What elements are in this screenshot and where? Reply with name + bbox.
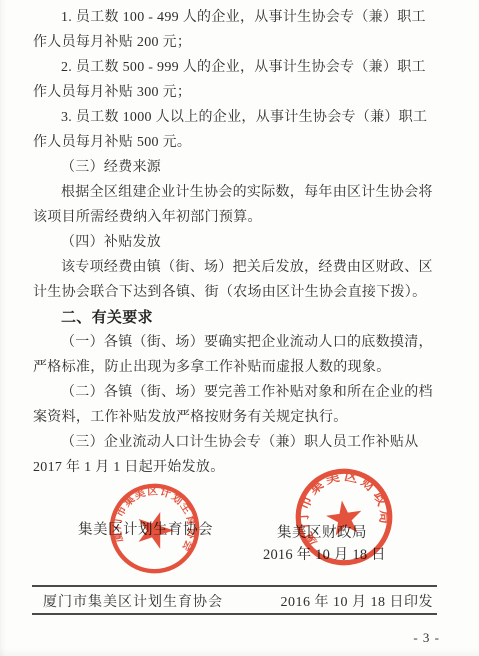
body-line: 2017 年 1 月 1 日起开始发放。 [33,455,453,480]
footer-rule-top [32,585,437,587]
body-line: 计生协会联合下达到各镇、街（农场由区计生协会直接下拨）。 [33,280,453,305]
page-number: - 3 - [413,630,440,646]
section-subheading: （四）补贴发放 [33,230,453,255]
star-icon [132,506,178,551]
body-line: （三）企业流动人口计生协会专（兼）职人员工作补贴从 [33,430,453,455]
body-line: 该专项经费由镇（街、场）把关后发放，经费由区财政、区 [33,255,453,280]
body-line: （二）各镇（街、场）要完善工作补贴对象和所在企业的档 [33,380,453,405]
svg-text:厦门市集美区计划生育协会: 厦门市集美区计划生育协会 [108,478,204,555]
footer-issuer: 厦门市集美区计划生育协会 [43,591,223,611]
document-body: 1. 员工数 100 - 499 人的企业，从事计生协会专（兼）职工 作人员每月… [33,5,453,480]
seal-ring-text: 厦门市集美区计划生育协会 [108,478,204,555]
body-line: 该项目所需经费纳入年初部门预算。 [33,205,453,230]
body-line: 作人员每月补贴 500 元。 [33,130,453,155]
body-line: 3. 员工数 1000 人以上的企业，从事计生协会专（兼）职工 [33,105,453,130]
official-seal-left: 厦门市集美区计划生育协会 [100,474,210,584]
body-line: 1. 员工数 100 - 499 人的企业，从事计生协会专（兼）职工 [33,5,453,30]
star-icon [324,498,364,537]
body-line: 根据全区组建企业计生协会的实际数，每年由区计生协会将 [33,180,453,205]
footer-print-date: 2016 年 10 月 18 日印发 [281,591,434,611]
scanned-document-page: 1. 员工数 100 - 499 人的企业，从事计生协会专（兼）职工 作人员每月… [0,0,479,656]
body-line: 案资料，工作补贴发放严格按财务有关规定执行。 [33,405,453,430]
body-line: 严格标准，防止出现为多拿工作补贴而虚报人数的现象。 [33,355,453,380]
body-line: 2. 员工数 500 - 999 人的企业，从事计生协会专（兼）职工 [33,55,453,80]
body-line: （一）各镇（街、场）要确实把企业流动人口的底数摸清， [33,330,453,355]
body-line: 作人员每月补贴 200 元； [33,30,453,55]
section-heading: 二、有关要求 [33,305,453,330]
section-subheading: （三）经费来源 [33,155,453,180]
footer-rule-bottom [32,613,437,615]
body-line: 作人员每月补贴 300 元； [33,80,453,105]
